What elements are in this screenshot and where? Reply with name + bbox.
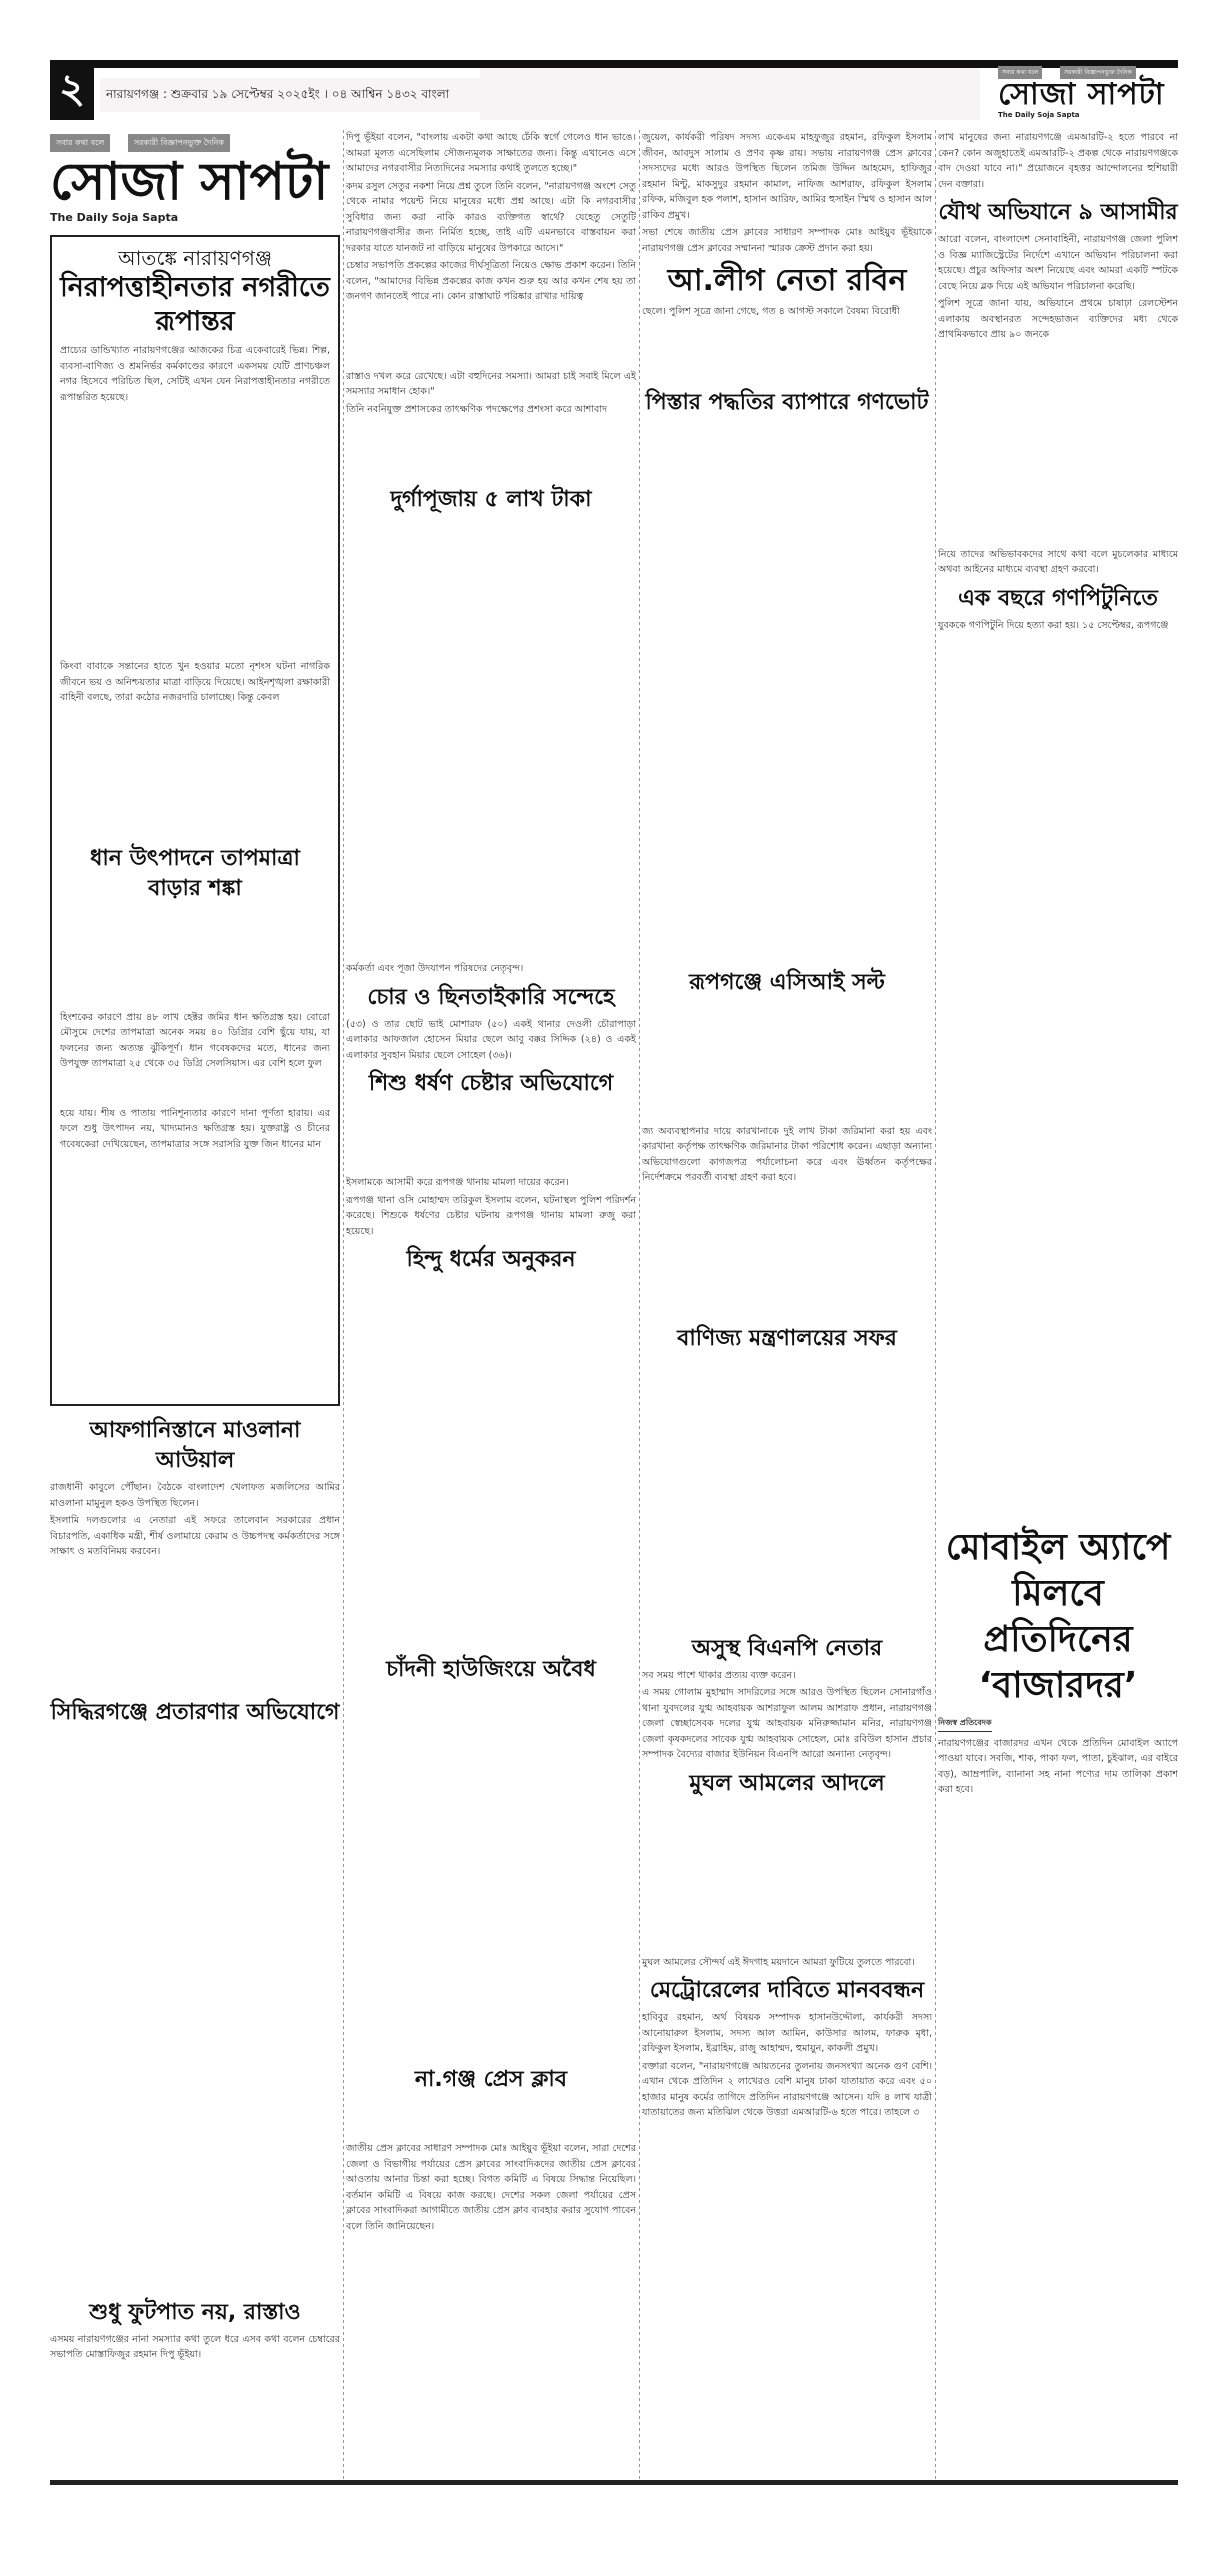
- story-body: [642, 1002, 932, 1122]
- story-headline: দুর্গাপূজায় ৫ লাখ টাকা: [346, 485, 636, 515]
- story-body: জাতীয় প্রেস ক্লাবের সাধারণ সম্পাদক মোঃ …: [346, 2141, 636, 2234]
- story-headline: মেট্রোরেলের দাবিতে মানববন্ধন: [642, 1976, 932, 2006]
- story-headline: আফগানিস্তানে মাওলানা আউয়াল: [50, 1416, 340, 1476]
- story-body: [346, 419, 636, 479]
- story-headline: না.গঞ্জ প্রেস ক্লাব: [346, 2065, 636, 2095]
- story-body: [60, 1074, 330, 1104]
- story-body: এসময় নারায়ণগঞ্জের নানা সমস্যার কথা তুল…: [50, 2332, 340, 2363]
- story-body: সব সময় পাশে থাকার প্রত্যয় ব্যক্ত করেন।: [642, 1668, 932, 1684]
- story-headline: হিন্দু ধর্মের অনুকরন: [346, 1245, 636, 1275]
- column-divider: [935, 130, 936, 2480]
- story-body: কর্মকর্তা এবং পূজা উদযাপন পরিষদের নেতৃবৃ…: [346, 961, 636, 977]
- story-body: হাবিবুর রহমান, অর্থ বিষয়ক সম্পাদক হাসান…: [642, 2010, 932, 2057]
- story-headline: ধান উৎপাদনে তাপমাত্রা বাড়ার শঙ্কা: [60, 844, 330, 904]
- column-divider: [343, 130, 344, 2480]
- column-1: সবার কথা বলে সরকারী বিজ্ঞাপনভুক্ত দৈনিক …: [50, 130, 340, 2365]
- feature-headline: মোবাইল অ্যাপে মিলবে প্রতিদিনের ‘বাজারদর’: [938, 1525, 1178, 1709]
- story-body: জ্য অব্যবস্থাপনার দায়ে কারখানাকে দুই লা…: [642, 1124, 932, 1186]
- story-headline: সিদ্ধিরগঞ্জে প্রতারণার অভিযোগে: [50, 1698, 340, 1728]
- story-body: [938, 635, 1178, 1515]
- lead-body-continued: [60, 708, 330, 838]
- footer-rule: [50, 2480, 1178, 2485]
- masthead-tag-left: সবার কথা বলে: [50, 134, 110, 152]
- story-body: [346, 1103, 636, 1173]
- story-body: [50, 1562, 340, 1692]
- story-headline: রূপগঞ্জে এসিআই সল্ট: [642, 968, 932, 998]
- masthead-logo: সোজা সাপটা: [998, 79, 1178, 111]
- column-4: লাখ মানুষের জন্য নারায়ণগঞ্জে এমআরটি-২ হ…: [938, 130, 1178, 1800]
- story-headline: আ.লীগ নেতা রবিন: [642, 262, 932, 300]
- story-body: [346, 1279, 636, 1649]
- masthead-english-name: The Daily Soja Sapta: [50, 210, 340, 226]
- story-body: এ সময় গোলাম মুহাম্মাদ সাদরিলের সঙ্গে আর…: [642, 1685, 932, 1763]
- column-divider: [639, 130, 640, 2480]
- story-body: রূপগঞ্জ থানা ওসি মোহাম্মদ তরিকুল ইসলাম ব…: [346, 1193, 636, 1240]
- page-header: ২ নারায়ণগঞ্জ : শুক্রবার ১৯ সেপ্টেম্বর ২…: [50, 60, 1178, 120]
- masthead-small: সবার কথা বলে সরকারী বিজ্ঞাপনভুক্ত দৈনিক …: [998, 66, 1178, 120]
- masthead-tag-right: সরকারী বিজ্ঞাপনভুক্ত দৈনিক: [128, 134, 230, 152]
- story-headline: এক বছরে গণপিটুনিতে: [938, 584, 1178, 614]
- story-body: [642, 1188, 932, 1318]
- story-body: [642, 322, 932, 382]
- story-body: [346, 307, 636, 367]
- story-headline: চাঁদনী হাউজিংয়ে অবৈধ: [346, 1655, 636, 1685]
- story-body: রাজধানী কাবুলে পৌঁছান। বৈঠকে বাংলাদেশ খে…: [50, 1480, 340, 1511]
- story-body: নারায়ণগঞ্জের বাজারদর এখন থেকে প্রতিদিন …: [938, 1736, 1178, 1798]
- lead-headline: নিরাপত্তাহীনতার নগরীতে রূপান্তর: [60, 271, 330, 339]
- story-body: তিনি নবনিযুক্ত প্রশাসকের তাৎক্ষণিক পদক্ষ…: [346, 402, 636, 418]
- feature-headline-line1: মোবাইল অ্যাপে মিলবে: [938, 1525, 1178, 1617]
- story-headline: পিস্তার পদ্ধতির ব্যাপারে গণভোট: [642, 388, 932, 418]
- masthead-english-name: The Daily Soja Sapta: [998, 111, 1178, 119]
- story-body: হিংশকের কারণে প্রায় ৪৮ লাখ হেক্টর জমির …: [60, 1010, 330, 1072]
- story-body: হয়ে যায়। শীষ ও পাতায় পানিশূন্যতার কার…: [60, 1106, 330, 1153]
- story-body: জুয়েল, কার্যকরী পরিষদ সদস্য একেএম মাহফু…: [642, 130, 932, 223]
- story-body: [50, 1732, 340, 2292]
- story-body: (৫৩) ও তার ছোট ভাই মোশারফ (৫০) একই থানার…: [346, 1017, 636, 1064]
- story-body: [938, 345, 1178, 545]
- story-body: রাস্তাও দখল করে রেখেছে। এটা বহুদিনের সমস…: [346, 369, 636, 400]
- lead-story-box: আতঙ্কে নারায়ণগঞ্জ নিরাপত্তাহীনতার নগরীত…: [50, 235, 340, 1406]
- story-headline: চোর ও ছিনতাইকারি সন্দেহে: [346, 983, 636, 1013]
- column-3: জুয়েল, কার্যকরী পরিষদ সদস্য একেএম মাহফু…: [642, 130, 932, 2123]
- byline: নিজস্ব প্রতিবেদক: [938, 1715, 992, 1732]
- page-number: ২: [50, 60, 94, 120]
- masthead-logo: সোজা সাপটা: [50, 154, 340, 210]
- story-body: [642, 1803, 932, 1953]
- story-headline: অসুস্থ বিএনপি নেতার: [642, 1634, 932, 1664]
- column-2: দিপু ভূঁইয়া বলেন, "বাংলায় একটা কথা আছে…: [346, 130, 636, 2236]
- story-body: যুবককে গণপিটুনি দিয়ে হত্যা করা হয়। ১৫ …: [938, 618, 1178, 634]
- dateline: নারায়ণগঞ্জ : শুক্রবার ১৯ সেপ্টেম্বর ২০২…: [100, 78, 480, 112]
- story-body: ছেলে। পুলিশ সূত্রে জানা গেছে, গত ৪ আগস্ট…: [642, 304, 932, 320]
- lead-body: প্রাচ্যের ডান্ডিখ্যাত নারায়ণগঞ্জের আজকে…: [60, 343, 330, 405]
- story-body: চেম্বার সভাপতি প্রকল্পের কাজের দীর্ঘসূত্…: [346, 258, 636, 305]
- lead-body: কিংবা বাবাকে সন্তানের হাতে খুন হওয়ার মত…: [60, 659, 330, 706]
- story-body: নিয়ে তাদের অভিভাবকদের সাথে কথা বলে মুচল…: [938, 547, 1178, 578]
- masthead-large: সবার কথা বলে সরকারী বিজ্ঞাপনভুক্ত দৈনিক …: [50, 130, 340, 235]
- story-headline: শিশু ধর্ষণ চেষ্টার অভিযোগে: [346, 1069, 636, 1099]
- story-headline: যৌথ অভিযানে ৯ আসামীর: [938, 198, 1178, 228]
- story-body: [346, 2099, 636, 2139]
- dateline-strip: [480, 68, 980, 120]
- story-body: [346, 1689, 636, 2059]
- newspaper-page: ২ নারায়ণগঞ্জ : শুক্রবার ১৯ সেপ্টেম্বর ২…: [50, 60, 1178, 2500]
- story-headline: মুঘল আমলের আদলে: [642, 1769, 932, 1799]
- lead-body-continued: [60, 407, 330, 657]
- story-body: [60, 908, 330, 1008]
- story-body: ইসলামকে আসামী করে রূপগঞ্জ থানায় মামলা দ…: [346, 1175, 636, 1191]
- story-body: আরো বলেন, বাংলাদেশ সেনাবাহিনী, নারায়ণগঞ…: [938, 232, 1178, 294]
- story-body: পুলিশ সূত্রে জানা যায়, অভিযানে প্রথমে চ…: [938, 296, 1178, 343]
- story-body: [642, 422, 932, 962]
- story-headline: শুধু ফুটপাত নয়, রাস্তাও: [50, 2298, 340, 2328]
- story-body: [642, 1358, 932, 1628]
- story-body: [346, 519, 636, 959]
- story-body: [60, 1154, 330, 1394]
- story-headline: বাণিজ্য মন্ত্রণালয়ের সফর: [642, 1324, 932, 1354]
- feature-headline-line2: প্রতিদিনের ‘বাজারদর’: [938, 1617, 1178, 1709]
- story-body: ইসলামি দলগুলোর এ নেতারা এই সফরে তালেবান …: [50, 1513, 340, 1560]
- lead-kicker: আতঙ্কে নারায়ণগঞ্জ: [60, 245, 330, 271]
- story-body: সভা শেষে জাতীয় প্রেস ক্লাবের সাধারণ সম্…: [642, 225, 932, 256]
- story-body: বক্তারা বলেন, "নারায়ণগঞ্জে আয়তনের তুলন…: [642, 2059, 932, 2121]
- story-body: মুঘল আমলের সৌন্দর্য এই ঈদগাহ ময়দানে আমর…: [642, 1955, 932, 1971]
- story-body: লাখ মানুষের জন্য নারায়ণগঞ্জে এমআরটি-২ হ…: [938, 130, 1178, 192]
- story-body: দিপু ভূঁইয়া বলেন, "বাংলায় একটা কথা আছে…: [346, 130, 636, 177]
- story-body: কদম রসুল সেতুর নকশা নিয়ে প্রশ্ন তুলে তি…: [346, 179, 636, 257]
